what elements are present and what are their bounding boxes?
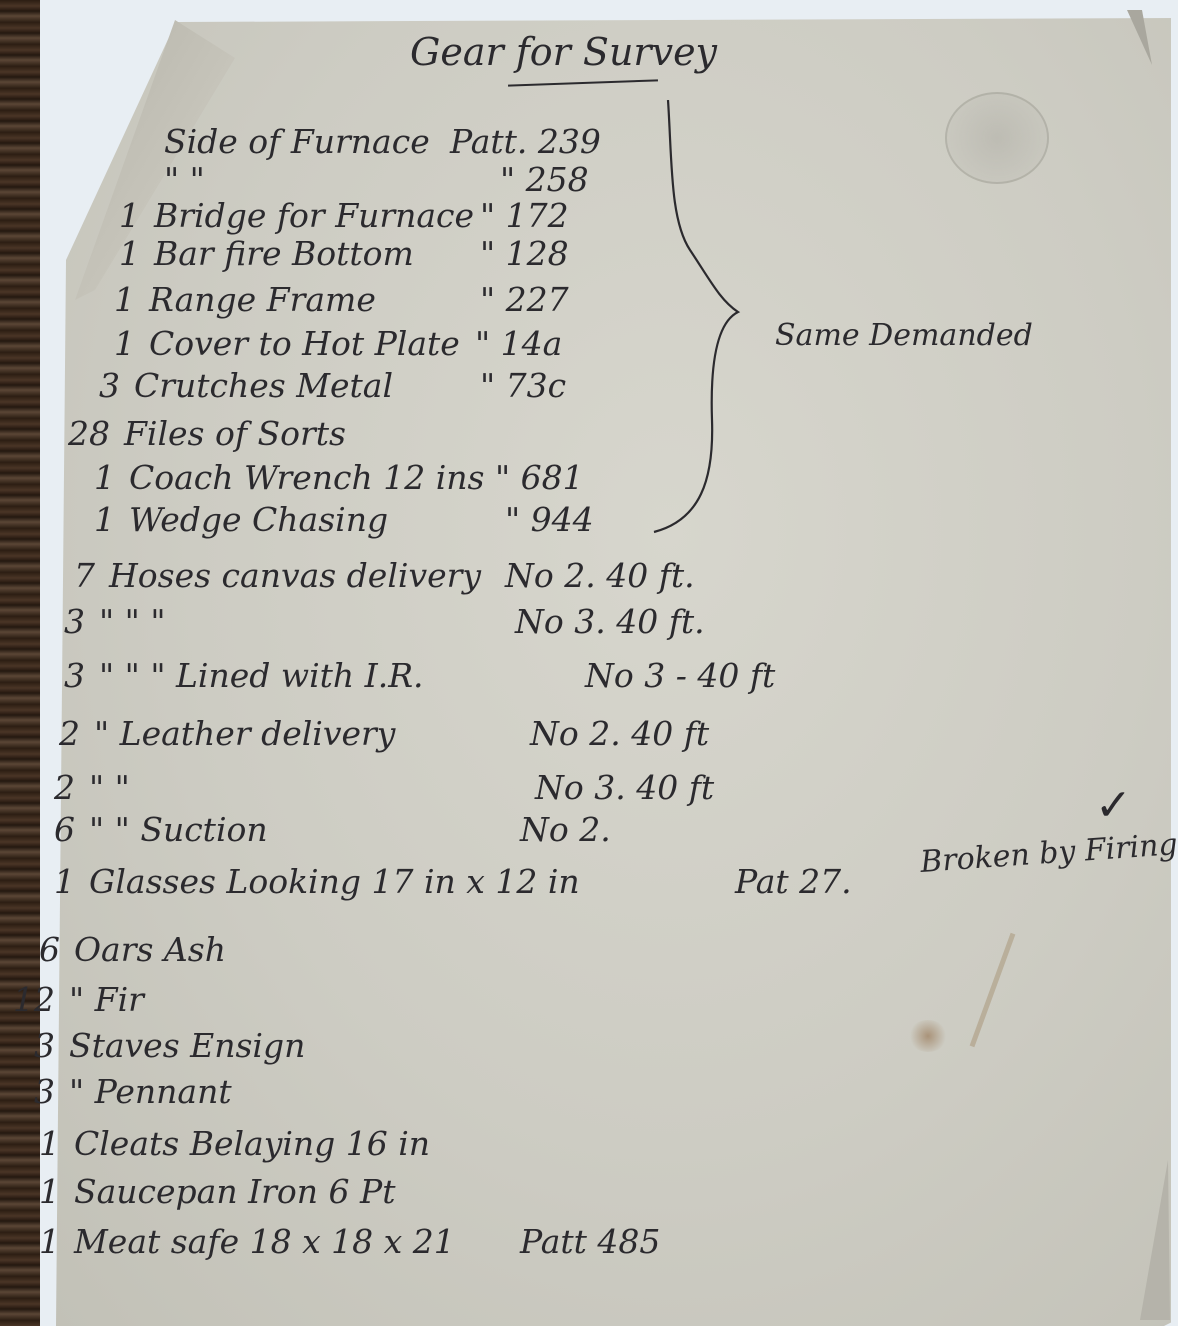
list-item: 6" " Suction No 2.	[15, 810, 268, 849]
list-item: 6Oars Ash	[0, 930, 226, 969]
item-pattern: No 3. 40 ft.	[515, 602, 705, 641]
item-description: " " "	[99, 602, 166, 641]
list-item: 2" Leather delivery No 2. 40 ft	[20, 714, 395, 753]
item-qty: 12	[0, 980, 55, 1019]
item-qty: 2	[15, 768, 75, 807]
item-qty: 1	[55, 458, 115, 497]
item-description: Saucepan Iron 6 Pt	[74, 1172, 395, 1211]
item-qty: 1	[80, 196, 140, 235]
bracket-note: Same Demanded	[775, 318, 1033, 353]
list-item: 1Meat safe 18 x 18 x 21 Patt 485	[0, 1222, 455, 1261]
item-description: Coach Wrench 12 ins	[129, 458, 484, 497]
item-qty: 1	[0, 1124, 60, 1163]
item-description: Glasses Looking 17 in x 12 in	[89, 862, 580, 901]
list-item: 1Bar fire Bottom " 128	[80, 234, 414, 273]
embossed-seal	[945, 92, 1049, 184]
item-pattern: " 172	[480, 196, 569, 235]
list-item: 3" Pennant	[0, 1072, 232, 1111]
list-item: 1Cover to Hot Plate " 14a	[75, 324, 460, 363]
list-item: 1Coach Wrench 12 ins " 681	[55, 458, 484, 497]
item-description: Cover to Hot Plate	[149, 324, 460, 363]
list-item: 1Bridge for Furnace " 172	[80, 196, 474, 235]
list-item: 3" " " Lined with I.R. No 3 - 40 ft	[25, 656, 424, 695]
item-pattern: " 128	[480, 234, 569, 273]
list-item: 1Cleats Belaying 16 in	[0, 1124, 430, 1163]
item-description: Bar fire Bottom	[154, 234, 414, 273]
item-qty: 1	[0, 1222, 60, 1261]
item-qty: 1	[75, 324, 135, 363]
item-qty: 2	[20, 714, 80, 753]
item-qty: 28	[50, 414, 110, 453]
ink-stain	[908, 1020, 948, 1052]
item-pattern: " 258	[500, 160, 589, 199]
item-description: Files of Sorts	[124, 414, 346, 453]
item-qty: 1	[55, 500, 115, 539]
list-item: 1Saucepan Iron 6 Pt	[0, 1172, 395, 1211]
item-description: Side of Furnace	[164, 122, 430, 161]
list-item: " " " 258	[90, 160, 205, 199]
item-description: Cleats Belaying 16 in	[74, 1124, 430, 1163]
item-pattern: " 944	[505, 500, 594, 539]
item-description: Wedge Chasing	[129, 500, 388, 539]
item-description: Hoses canvas delivery	[109, 556, 481, 595]
list-item: 1Wedge Chasing " 944	[55, 500, 388, 539]
item-qty: 1	[0, 1172, 60, 1211]
item-description: Staves Ensign	[69, 1026, 305, 1065]
item-description: " Fir	[69, 980, 144, 1019]
item-description: " "	[164, 160, 205, 199]
check-mark-icon: ✓	[1095, 780, 1132, 831]
list-item: Side of Furnace Patt. 239	[90, 122, 430, 161]
item-pattern: " 227	[480, 280, 569, 319]
list-item: 3Crutches Metal " 73c	[60, 366, 393, 405]
item-qty: 3	[25, 656, 85, 695]
list-item: 12" Fir	[0, 980, 144, 1019]
list-item: 1Glasses Looking 17 in x 12 in Pat 27.	[15, 862, 580, 901]
item-pattern: " 73c	[480, 366, 566, 405]
item-qty: 7	[35, 556, 95, 595]
item-qty: 6	[15, 810, 75, 849]
item-description: Oars Ash	[74, 930, 226, 969]
item-qty: 1	[80, 234, 140, 273]
list-item: 1Range Frame " 227	[75, 280, 376, 319]
item-description: Bridge for Furnace	[154, 196, 474, 235]
item-description: " " Suction	[89, 810, 268, 849]
item-pattern: No 2.	[520, 810, 611, 849]
item-pattern: No 3. 40 ft	[535, 768, 714, 807]
item-pattern: " 681	[495, 458, 584, 497]
item-qty: 6	[0, 930, 60, 969]
item-qty: 1	[75, 280, 135, 319]
list-item: 2" " No 3. 40 ft	[15, 768, 130, 807]
curly-brace-icon	[650, 100, 770, 540]
item-description: Crutches Metal	[134, 366, 393, 405]
item-qty: 3	[0, 1072, 55, 1111]
item-description: Range Frame	[149, 280, 376, 319]
item-description: " Pennant	[69, 1072, 232, 1111]
item-description: " Leather delivery	[94, 714, 395, 753]
item-pattern: " 14a	[475, 324, 562, 363]
list-item: 7Hoses canvas delivery No 2. 40 ft.	[35, 556, 481, 595]
list-item: 3Staves Ensign	[0, 1026, 305, 1065]
item-pattern: Patt 485	[520, 1222, 660, 1261]
list-item: 3" " " No 3. 40 ft.	[25, 602, 166, 641]
item-pattern: No 2. 40 ft	[530, 714, 709, 753]
item-qty: 3	[25, 602, 85, 641]
item-description: " "	[89, 768, 130, 807]
item-pattern: Patt. 239	[450, 122, 601, 161]
item-qty: 3	[0, 1026, 55, 1065]
item-description: " " " Lined with I.R.	[99, 656, 424, 695]
item-qty: 1	[15, 862, 75, 901]
item-pattern: No 2. 40 ft.	[505, 556, 695, 595]
document-title: Gear for Survey	[410, 30, 717, 74]
item-pattern: Pat 27.	[735, 862, 852, 901]
item-description: Meat safe 18 x 18 x 21	[74, 1222, 455, 1261]
item-qty: 3	[60, 366, 120, 405]
list-item: 28Files of Sorts	[50, 414, 346, 453]
item-pattern: No 3 - 40 ft	[585, 656, 775, 695]
